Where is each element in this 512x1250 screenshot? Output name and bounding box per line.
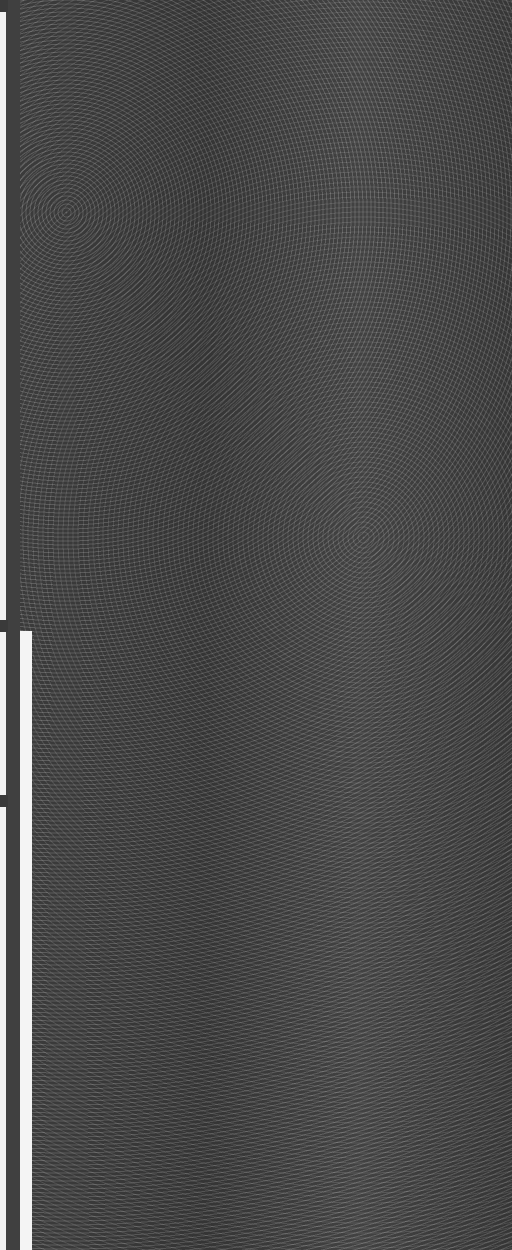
edge-notch	[0, 620, 8, 632]
edge-notch	[0, 795, 8, 807]
noise-background	[0, 0, 512, 1250]
vertical-white-bar	[20, 631, 32, 1250]
edge-notch	[0, 0, 8, 12]
left-dark-strip	[6, 0, 20, 1250]
